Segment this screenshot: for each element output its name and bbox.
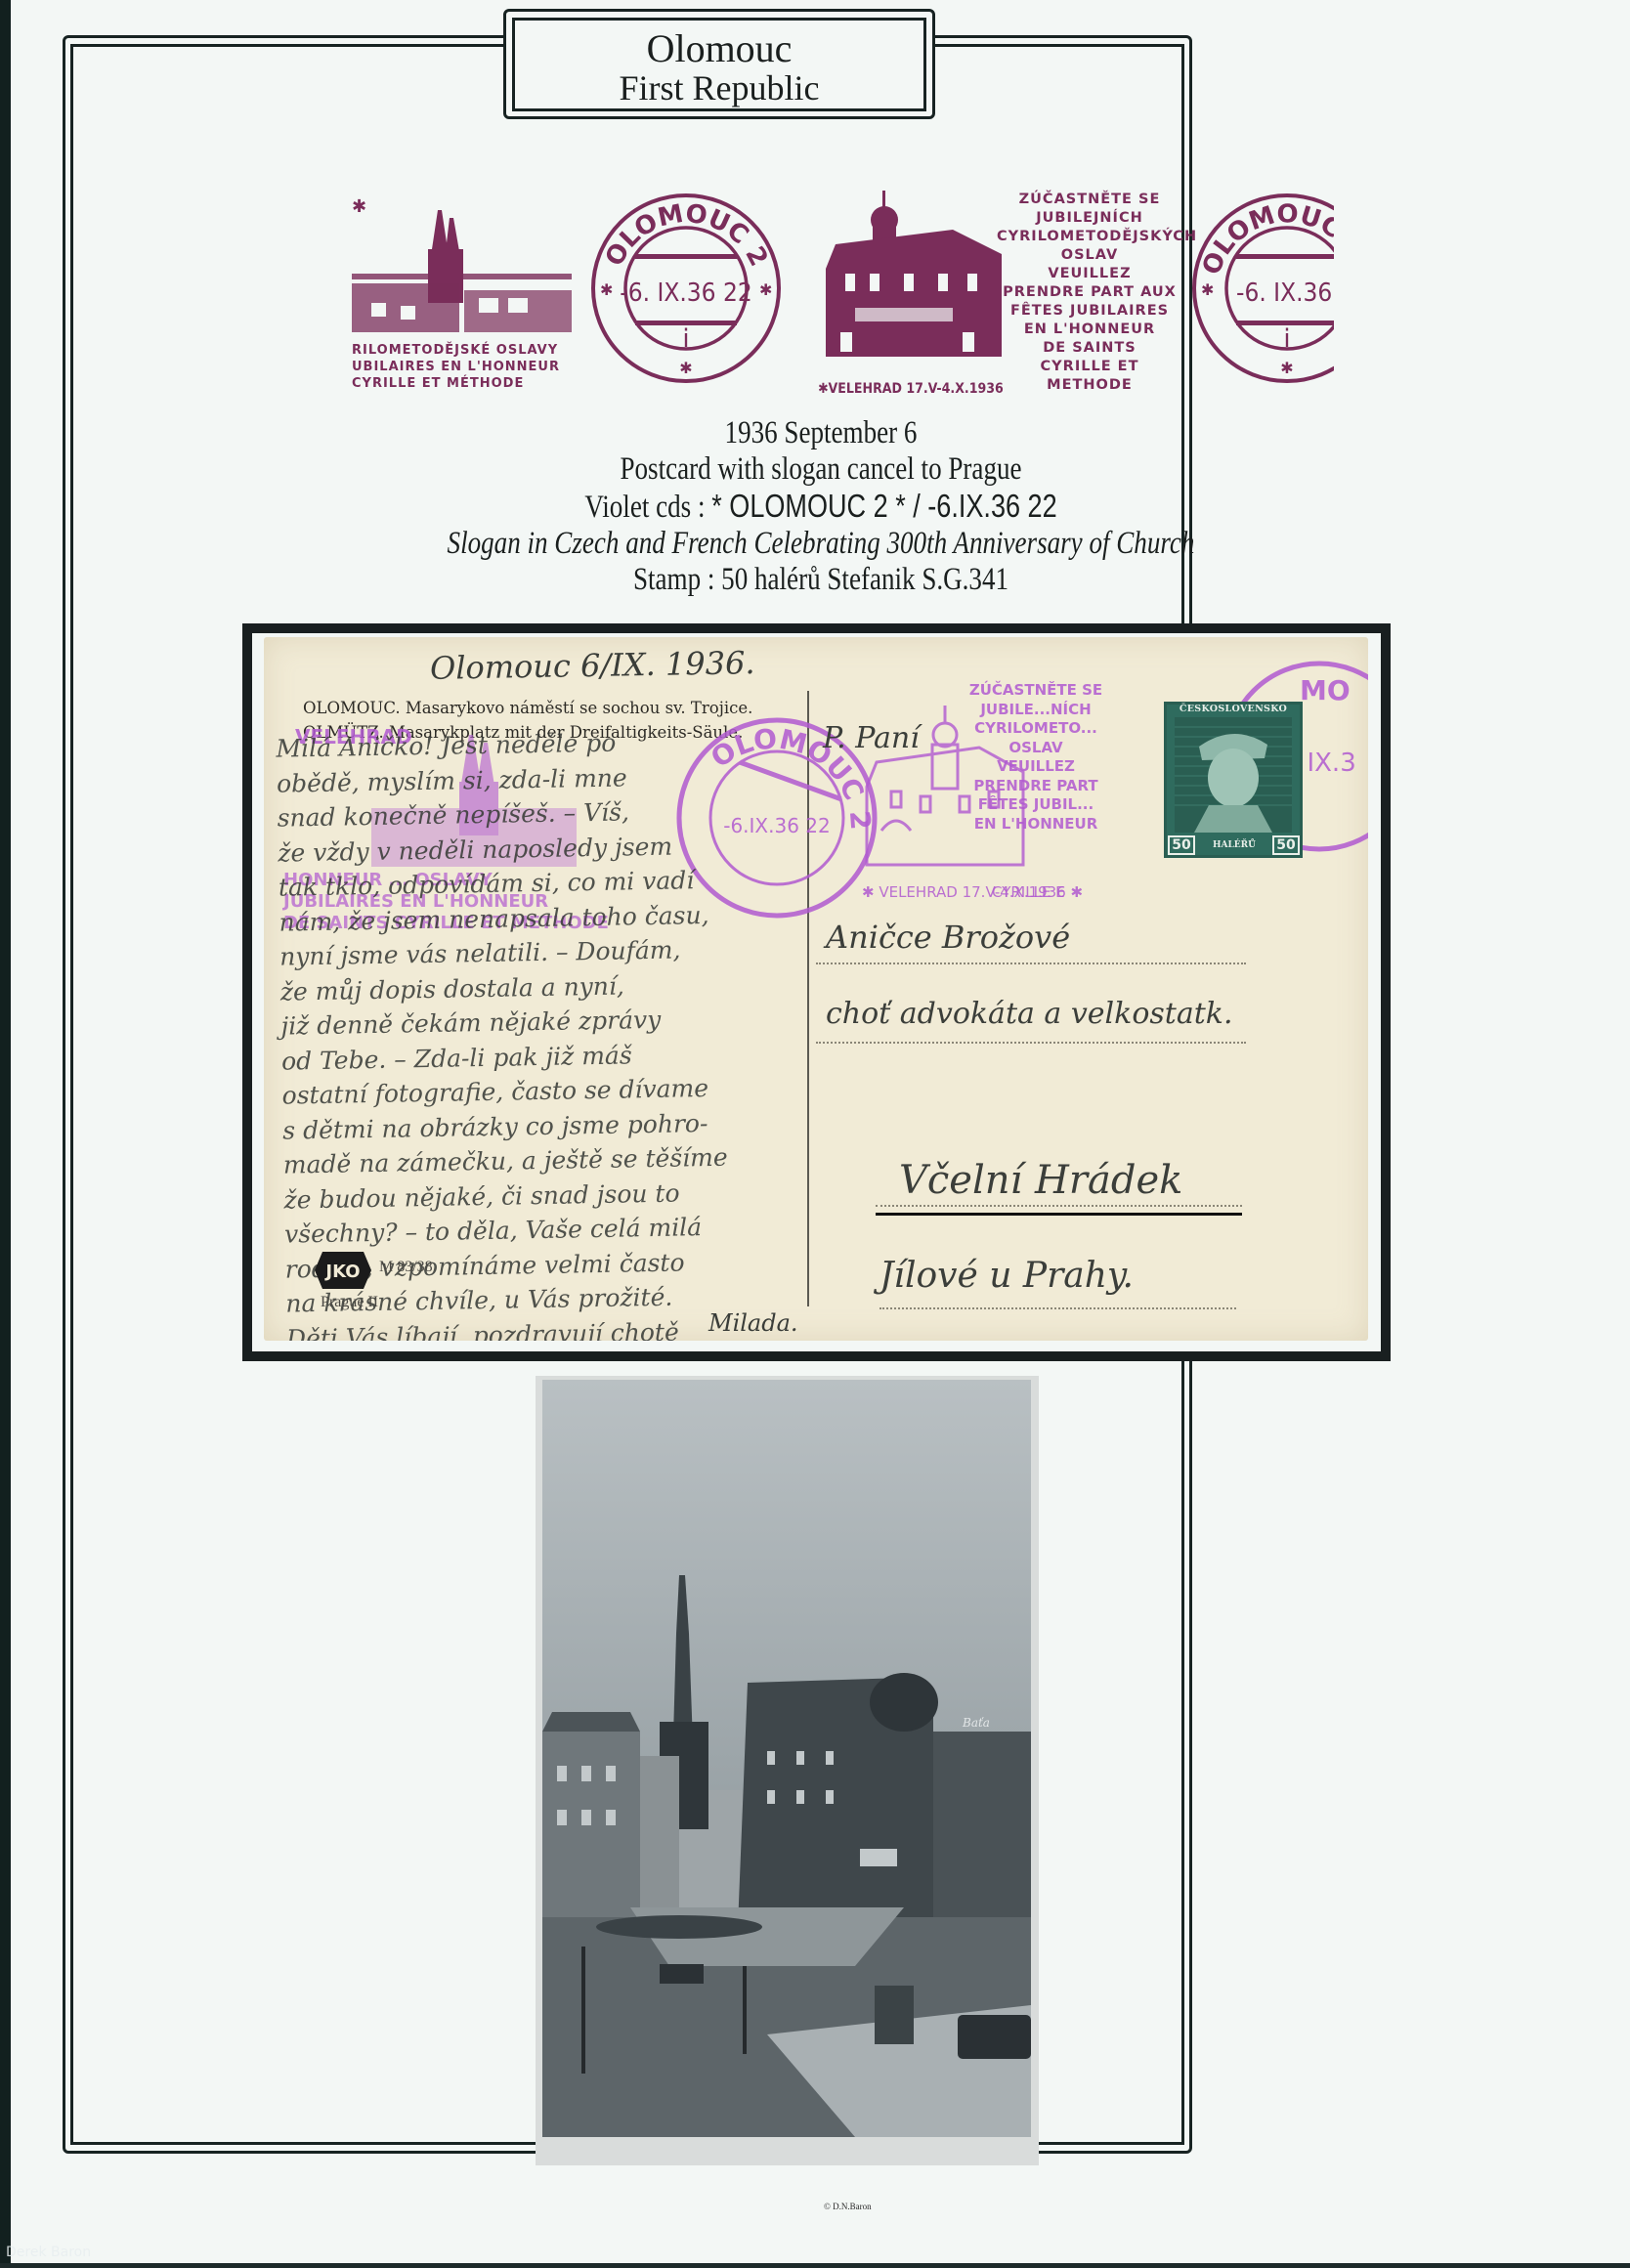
- address-rule: [879, 1307, 1236, 1309]
- slogan-line: ZÚČASTNĚTE SE: [997, 191, 1182, 209]
- violet-slogan: ZÚČASTNĚTE SE JUBILE...NÍCH CYRILOMETO..…: [963, 681, 1109, 834]
- cancel-illustration: ✱ RILOMETODĚJSKÉ OSLAVY UBILAIRES EN L'H…: [347, 181, 1334, 406]
- svg-text:MO: MO: [1300, 674, 1351, 706]
- scan-edge: [0, 0, 11, 2268]
- address-line: Včelní Hrádek: [899, 1158, 1182, 1203]
- slogan-left-line: RILOMETODĚJSKÉ OSLAVY: [352, 342, 572, 359]
- stamp-country: ČESKOSLOVENSKO: [1167, 704, 1300, 714]
- svg-text:i: i: [682, 324, 689, 354]
- slogan-line: CYRILLE ET METHODE: [997, 358, 1182, 395]
- church-towers-icon: ✱: [352, 191, 572, 347]
- svg-text:i: i: [1283, 324, 1290, 354]
- copyright: © D.N.Baron: [824, 2202, 872, 2211]
- slogan-line: JUBILEJNÍCH: [997, 209, 1182, 228]
- violet-cyrille-text: CYRILLE E: [992, 883, 1065, 901]
- svg-text:-6. IX.36: -6. IX.36: [1236, 278, 1332, 308]
- velehrad-basilica-icon: [816, 186, 1011, 386]
- address-rule: [816, 963, 1246, 964]
- slogan-line: CYRILOMETODĚJSKÝCH: [997, 228, 1182, 246]
- publisher-logo: JKO: [313, 1248, 373, 1293]
- slogan-left-line: CYRILLE ET MÉTHODE: [352, 375, 572, 392]
- svg-text:✱: ✱: [1280, 361, 1293, 377]
- description: 1936 September 6 Postcard with slogan ca…: [264, 415, 1378, 598]
- cds-postmark: OLOMOUC 2 -6. IX.36 22 i ✱ ✱ ✱: [586, 186, 787, 386]
- svg-text:-6. IX.36 22: -6. IX.36 22: [620, 278, 751, 308]
- violet-slogan-line: OSLAV: [963, 739, 1109, 758]
- address-underline: [876, 1213, 1242, 1216]
- scan-edge: [0, 2263, 1630, 2268]
- slogan-line: FÊTES JUBILAIRES: [997, 302, 1182, 321]
- page-subtitle: First Republic: [515, 69, 923, 107]
- stamp-value: 50: [1168, 835, 1195, 855]
- desc-stamp: Stamp : 50 halérů Stefanik S.G.341: [365, 562, 1278, 598]
- slogan-line: OSLAV: [997, 246, 1182, 265]
- stefanik-portrait-icon: [1175, 717, 1292, 833]
- desc-cds: Violet cds : * OLOMOUC 2 * / -6.IX.36 22: [365, 488, 1278, 526]
- stamp-currency: HALÉŘŮ: [1198, 840, 1270, 850]
- address-title: P. Paní: [823, 721, 920, 755]
- title-box-inner: Olomouc First Republic: [512, 18, 926, 111]
- svg-text:✱: ✱: [352, 196, 366, 217]
- slogan-line: VEUILLEZ: [997, 265, 1182, 283]
- cds-postmark-partial: OLOMOUC -6. IX.36 i ✱ ✱: [1187, 186, 1334, 386]
- violet-slogan-line: EN L'HONNEUR: [963, 815, 1109, 834]
- svg-text:✱: ✱: [759, 282, 772, 299]
- watermark: Derek Baron: [6, 2245, 91, 2260]
- slogan-left-line: UBILAIRES EN L'HONNEUR: [352, 359, 572, 375]
- handwritten-date: Olomouc 6/IX. 1936.: [430, 644, 755, 687]
- desc-item: Postcard with slogan cancel to Prague: [365, 451, 1278, 488]
- signature: Milada.: [708, 1309, 798, 1337]
- stamp-value: 50: [1272, 835, 1300, 855]
- slogan-right-text: ZÚČASTNĚTE SE JUBILEJNÍCH CYRILOMETODĚJS…: [997, 191, 1182, 395]
- desc-slogan: Slogan in Czech and French Celebrating 3…: [365, 526, 1278, 562]
- address-rule: [876, 1205, 1242, 1207]
- svg-text:✱: ✱: [600, 282, 613, 299]
- desc-cds-label: Violet cds :: [584, 490, 711, 525]
- publisher-code: M 83/38: [379, 1259, 433, 1276]
- address-line: Jílové u Prahy.: [879, 1256, 1134, 1296]
- svg-text:OLOMOUC 2: OLOMOUC 2: [600, 199, 773, 272]
- velehrad-date-line: ✱VELEHRAD 17.V-4.X.1936: [818, 381, 1004, 397]
- violet-slogan-line: VEUILLEZ: [963, 757, 1109, 777]
- violet-slogan-line: JUBILE...NÍCH: [963, 701, 1109, 720]
- svg-text:OLOMOUC: OLOMOUC: [1197, 199, 1334, 278]
- slogan-line: EN L'HONNEUR: [997, 321, 1182, 339]
- page-title: Olomouc: [515, 28, 923, 69]
- violet-slogan-line: FÊTES JUBIL...: [963, 795, 1109, 815]
- square-photograph: Baťa: [542, 1380, 1031, 2137]
- address-line: Aničce Brožové: [826, 919, 1070, 956]
- address-line: choť advokáta a velkostatk.: [826, 997, 1232, 1031]
- svg-text:Baťa: Baťa: [962, 1716, 990, 1730]
- address-rule: [816, 1042, 1246, 1044]
- publisher-city: Prague II: [321, 1294, 378, 1311]
- violet-slogan-line: CYRILOMETO...: [963, 719, 1109, 739]
- desc-cds-value: * OLOMOUC 2 * / -6.IX.36 22: [711, 488, 1056, 524]
- masaryk-square-image: Baťa: [542, 1380, 1031, 2137]
- slogan-line: DE SAINTS: [997, 339, 1182, 358]
- svg-text:✱: ✱: [679, 361, 692, 377]
- violet-slogan-line: ZÚČASTNĚTE SE: [963, 681, 1109, 701]
- desc-date: 1936 September 6: [365, 415, 1278, 451]
- violet-slogan-line: PRENDRE PART: [963, 777, 1109, 796]
- svg-text:✱: ✱: [1201, 282, 1214, 299]
- slogan-left: ✱ RILOMETODĚJSKÉ OSLAVY UBILAIRES EN L'H…: [352, 191, 572, 406]
- slogan-line: PRENDRE PART AUX: [997, 283, 1182, 302]
- svg-text:JKO: JKO: [323, 1262, 360, 1282]
